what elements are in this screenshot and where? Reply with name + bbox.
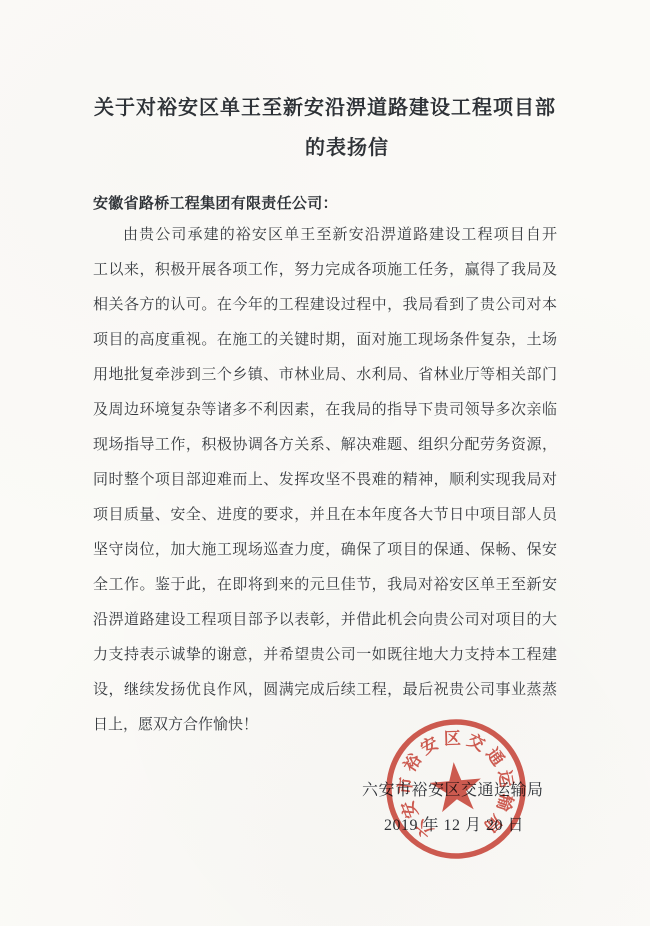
body-line: 力支持表示诚挚的谢意，并希望贵公司一如既往地大力支持本工程建: [93, 638, 557, 673]
letter-page: 关于对裕安区单王至新安沿淠道路建设工程项目部 的表扬信 安徽省路桥工程集团有限责…: [0, 0, 650, 926]
body-line: 及周边环境复杂等诸多不利因素，在我局的指导下贵司领导多次亲临: [93, 393, 557, 428]
body-line: 同时整个项目部迎难而上、发挥攻坚不畏难的精神，顺利实现我局对: [93, 463, 557, 498]
body-line: 沿淠道路建设工程项目部予以表彰，并借此机会向贵公司对项目的大: [93, 603, 557, 638]
body-line: 由贵公司承建的裕安区单王至新安沿淠道路建设工程项目自开: [93, 218, 557, 253]
seal-star-icon: [428, 760, 483, 813]
body-line: 用地批复牵涉到三个乡镇、市林业局、水利局、省林业厅等相关部门: [93, 358, 557, 393]
body-line: 项目质量、安全、进度的要求，并且在本年度各大节日中项目部人员: [93, 498, 557, 533]
salutation: 安徽省路桥工程集团有限责任公司：: [93, 194, 338, 215]
body-line: 项目的高度重视。在施工的关键时期，面对施工现场条件复杂，土场: [93, 323, 557, 358]
body-line: 现场指导工作，积极协调各方关系、解决难题、组织分配劳务资源，: [93, 428, 557, 463]
letter-title: 关于对裕安区单王至新安沿淠道路建设工程项目部 的表扬信: [0, 88, 650, 168]
body-line: 工以来，积极开展各项工作，努力完成各项施工任务，赢得了我局及: [93, 253, 557, 288]
letter-body: 由贵公司承建的裕安区单王至新安沿淠道路建设工程项目自开 工以来，积极开展各项工作…: [93, 218, 557, 743]
body-line: 相关各方的认可。在今年的工程建设过程中，我局看到了贵公司对本: [93, 288, 557, 323]
letter-title-line1: 关于对裕安区单王至新安沿淠道路建设工程项目部: [94, 97, 556, 119]
official-seal: 六安市裕安区交通运输局: [364, 697, 548, 881]
body-line: 全工作。鉴于此，在即将到来的元旦佳节，我局对裕安区单王至新安: [93, 568, 557, 603]
body-line: 坚守岗位，加大施工现场巡查力度，确保了项目的保通、保畅、保安: [93, 533, 557, 568]
letter-title-line2: 的表扬信: [22, 128, 650, 168]
